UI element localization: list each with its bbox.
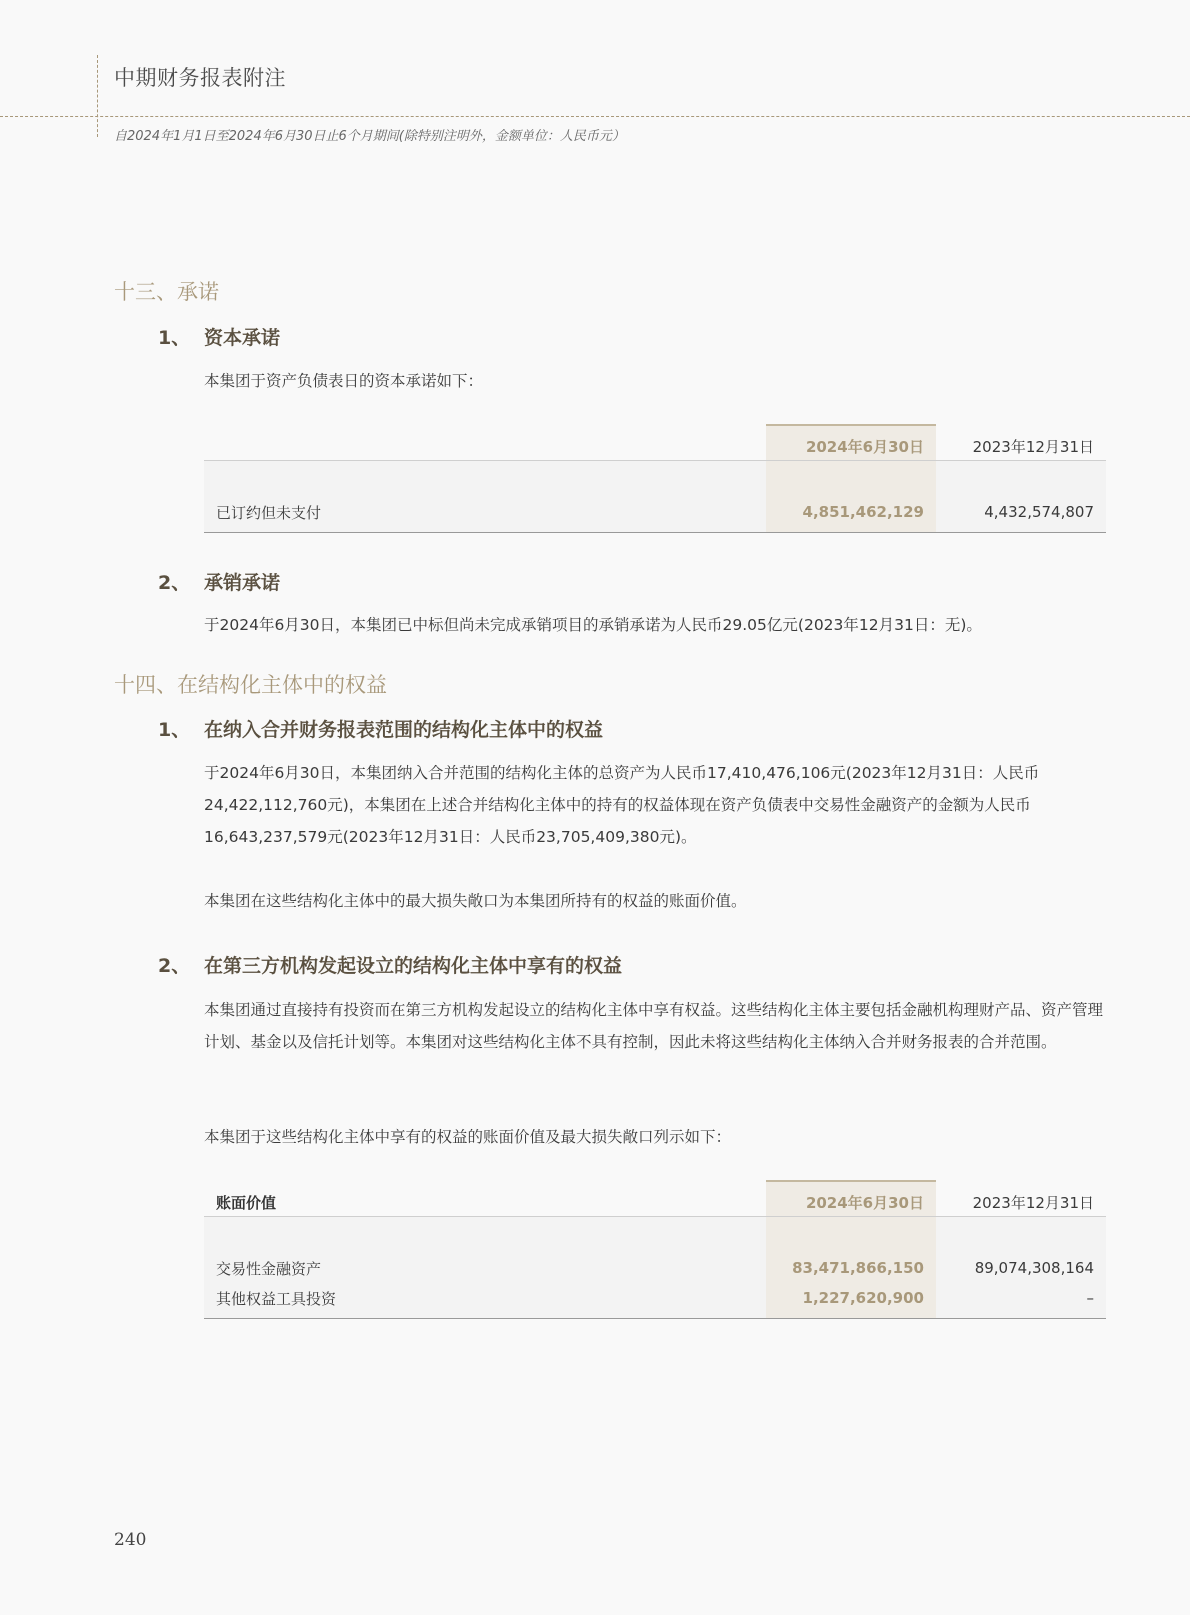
section-14-2-heading: 2、 在第三方机构发起设立的结构化主体中享有的权益	[158, 951, 622, 978]
table-header-row: 2024年6月30日 2023年12月31日	[204, 432, 1106, 460]
header-vertical-divider	[97, 55, 98, 137]
row-current-value: 83,471,866,150	[766, 1259, 936, 1277]
underwriting-commitment-text: 于2024年6月30日，本集团已中标但尚未完成承销项目的承销承诺为人民币29.0…	[204, 609, 1124, 641]
capital-commitment-table: 2024年6月30日 2023年12月31日 已订约但未支付 4,851,462…	[204, 424, 1106, 532]
table-row: 其他权益工具投资 1,227,620,900 –	[204, 1284, 1106, 1312]
row-current-value: 1,227,620,900	[766, 1289, 936, 1307]
consolidated-entities-paragraph: 于2024年6月30日，本集团纳入合并范围的结构化主体的总资产为人民币17,41…	[204, 757, 1104, 853]
col-header-prior: 2023年12月31日	[936, 436, 1106, 457]
row-label: 交易性金融资产	[204, 1258, 766, 1279]
col-header-prior: 2023年12月31日	[936, 1192, 1106, 1213]
third-party-entities-paragraph: 本集团通过直接持有投资而在第三方机构发起设立的结构化主体中享有权益。这些结构化主…	[204, 994, 1104, 1058]
section-14-2-title: 在第三方机构发起设立的结构化主体中享有的权益	[204, 951, 622, 978]
section-13-1-heading: 1、 资本承诺	[158, 323, 280, 350]
row-prior-value: 89,074,308,164	[936, 1259, 1106, 1277]
row-label: 其他权益工具投资	[204, 1288, 766, 1309]
section-13-title: 十三、承诺	[114, 276, 219, 306]
row-current-value: 4,851,462,129	[766, 503, 936, 521]
section-14-title: 十四、在结构化主体中的权益	[114, 669, 387, 699]
section-13-1-title: 资本承诺	[204, 323, 280, 350]
col-header-label: 账面价值	[204, 1192, 766, 1213]
section-13-2-title: 承销承诺	[204, 568, 280, 595]
capital-commitment-intro: 本集团于资产负债表日的资本承诺如下：	[204, 365, 1104, 397]
max-exposure-paragraph: 本集团在这些结构化主体中的最大损失敞口为本集团所持有的权益的账面价值。	[204, 885, 1104, 917]
row-prior-value: 4,432,574,807	[936, 503, 1106, 521]
section-14-1-number: 1、	[158, 715, 204, 742]
col-header-current: 2024年6月30日	[766, 436, 936, 457]
table-row: 交易性金融资产 83,471,866,150 89,074,308,164	[204, 1254, 1106, 1282]
section-14-2-number: 2、	[158, 951, 204, 978]
section-13-2-number: 2、	[158, 568, 204, 595]
col-header-current: 2024年6月30日	[766, 1192, 936, 1213]
page-header-title: 中期财务报表附注	[114, 62, 286, 92]
row-prior-value: –	[936, 1289, 1106, 1307]
section-13-2-heading: 2、 承销承诺	[158, 568, 280, 595]
table-row: 已订约但未支付 4,851,462,129 4,432,574,807	[204, 498, 1106, 526]
carrying-value-table: 账面价值 2024年6月30日 2023年12月31日 交易性金融资产 83,4…	[204, 1180, 1106, 1318]
section-14-1-heading: 1、 在纳入合并财务报表范围的结构化主体中的权益	[158, 715, 603, 742]
table-header-row: 账面价值 2024年6月30日 2023年12月31日	[204, 1188, 1106, 1216]
carrying-value-intro: 本集团于这些结构化主体中享有的权益的账面价值及最大损失敞口列示如下：	[204, 1121, 1104, 1153]
section-14-1-title: 在纳入合并财务报表范围的结构化主体中的权益	[204, 715, 603, 742]
header-horizontal-divider	[0, 116, 1190, 117]
page-number: 240	[114, 1530, 146, 1550]
row-label: 已订约但未支付	[204, 502, 766, 523]
section-13-1-number: 1、	[158, 323, 204, 350]
page-header-subtitle: 自2024年1月1日至2024年6月30日止6个月期间(除特别注明外，金额单位：…	[114, 125, 625, 144]
